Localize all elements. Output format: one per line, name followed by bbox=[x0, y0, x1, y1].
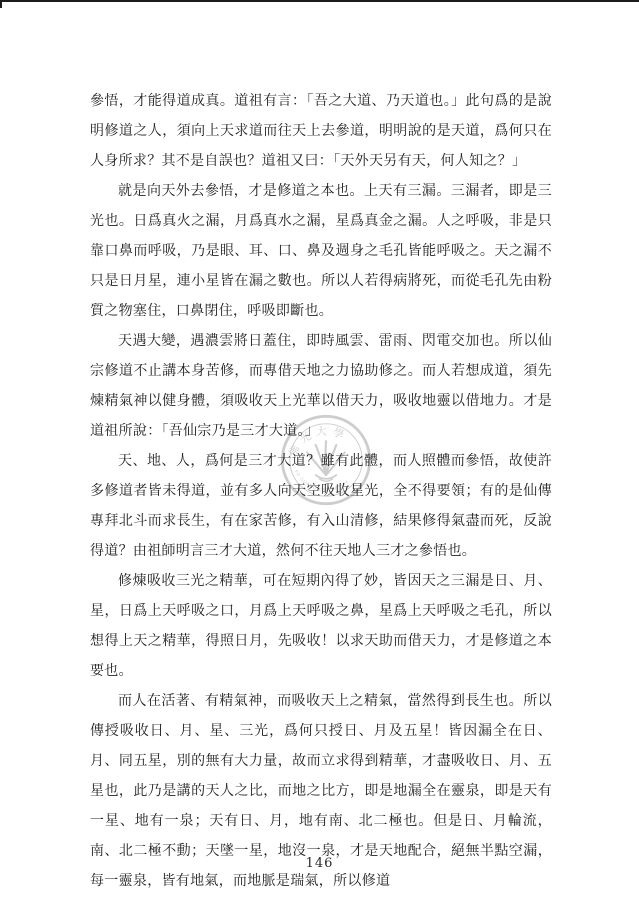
paragraph: 參悟，才能得道成真。道祖有言：「吾之大道、乃天道也。」此句爲的是說明修道之人，須… bbox=[90, 86, 552, 176]
paragraph: 天、地、人，爲何是三才大道？雖有此體，而人照體而參悟，故使許多修道者皆未得道，並… bbox=[90, 446, 552, 566]
scan-edge-notch bbox=[0, 0, 2, 8]
paragraph: 就是向天外去參悟，才是修道之本也。上天有三漏。三漏者，即是三光也。日爲真火之漏，… bbox=[90, 176, 552, 326]
scanned-document-page: 佛光大學 FO GUANG UNIVERSITY 參悟，才能得道成真。道祖有言：… bbox=[0, 0, 639, 909]
paragraph: 天遇大變，遇濃雲將日蓋住，即時風雲、雷雨、閃電交加也。所以仙宗修道不止講本身苦修… bbox=[90, 326, 552, 446]
scan-edge-line bbox=[0, 0, 639, 2]
paragraph: 修煉吸收三光之精華，可在短期內得了妙，皆因天之三漏是日、月、星，日爲上天呼吸之口… bbox=[90, 566, 552, 686]
page-number: 146 bbox=[0, 856, 639, 871]
document-text-body: 參悟，才能得道成真。道祖有言：「吾之大道、乃天道也。」此句爲的是說明修道之人，須… bbox=[90, 86, 552, 896]
